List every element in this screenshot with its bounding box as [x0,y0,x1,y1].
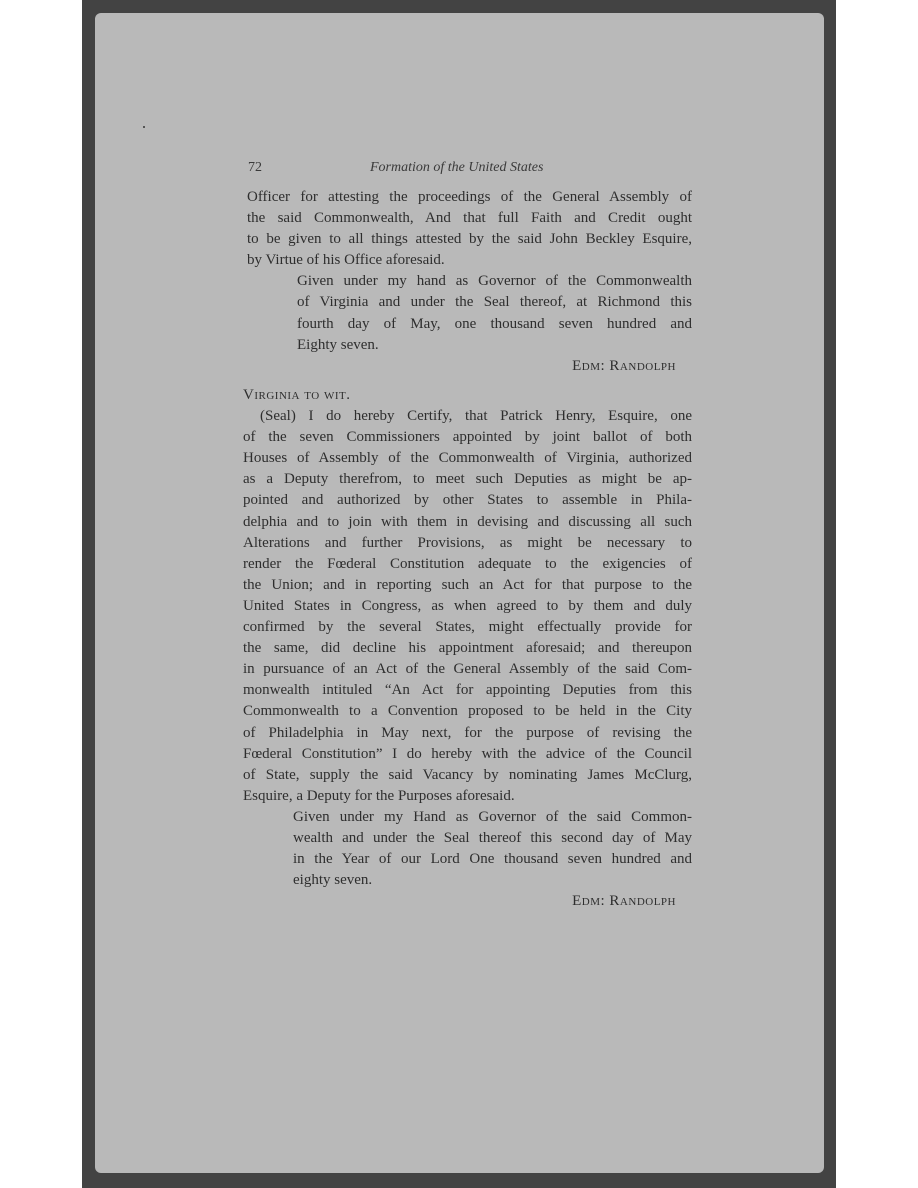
body-line: monwealth intituled “An Act for appointi… [243,680,692,701]
body-line: Commonwealth to a Convention proposed to… [243,701,692,722]
given-line: of Virginia and under the Seal thereof, … [297,292,692,313]
scan-speck [143,126,145,128]
given-line: fourth day of May, one thousand seven hu… [297,314,692,335]
certificate-mcclurg: Virginia to wit. (Seal) I do hereby Cert… [243,385,692,912]
body-line: by Virtue of his Office aforesaid. [247,250,692,271]
page-number: 72 [248,160,262,176]
body-line: to be given to all things attested by th… [247,229,692,250]
body-line: as a Deputy therefrom, to meet such Depu… [243,469,692,490]
body-line: render the Fœderal Constitution adequate… [243,554,692,575]
section-heading: Virginia to wit. [243,385,692,406]
body-line: confirmed by the several States, might e… [243,617,692,638]
signature-randolph: Edm: Randolph [247,356,692,377]
page-header: 72 Formation of the United States [248,160,692,180]
body-line: United States in Congress, as when agree… [243,596,692,617]
body-line: (Seal) I do hereby Certify, that Patrick… [243,406,692,427]
given-line: in the Year of our Lord One thousand sev… [293,849,692,870]
body-line: Officer for attesting the proceedings of… [247,187,692,208]
body-line: delphia and to join with them in devisin… [243,512,692,533]
body-line: of the seven Commissioners appointed by … [243,427,692,448]
given-line: eighty seven. [293,870,692,891]
body-line: in pursuance of an Act of the General As… [243,659,692,680]
given-line: wealth and under the Seal thereof this s… [293,828,692,849]
body-line: of Philadelphia in May next, for the pur… [243,723,692,744]
given-clause: Given under my hand as Governor of the C… [247,271,692,355]
given-line: Given under my hand as Governor of the C… [297,271,692,292]
body-line: Alterations and further Provisions, as m… [243,533,692,554]
running-title: Formation of the United States [370,160,543,176]
body-line: Esquire, a Deputy for the Purposes afore… [243,786,692,807]
body-line: Houses of Assembly of the Commonwealth o… [243,448,692,469]
given-line: Given under my Hand as Governor of the s… [293,807,692,828]
body-line: the Union; and in reporting such an Act … [243,575,692,596]
body-line: the same, did decline his appointment af… [243,638,692,659]
body-line: the said Commonwealth, And that full Fai… [247,208,692,229]
given-line: Eighty seven. [297,335,692,356]
body-line: of State, supply the said Vacancy by nom… [243,765,692,786]
certificate-beckley-continuation: Officer for attesting the proceedings of… [247,187,692,377]
body-line: Fœderal Constitution” I do hereby with t… [243,744,692,765]
body-line: pointed and authorized by other States t… [243,490,692,511]
signature-randolph: Edm: Randolph [243,891,692,912]
given-clause: Given under my Hand as Governor of the s… [243,807,692,891]
